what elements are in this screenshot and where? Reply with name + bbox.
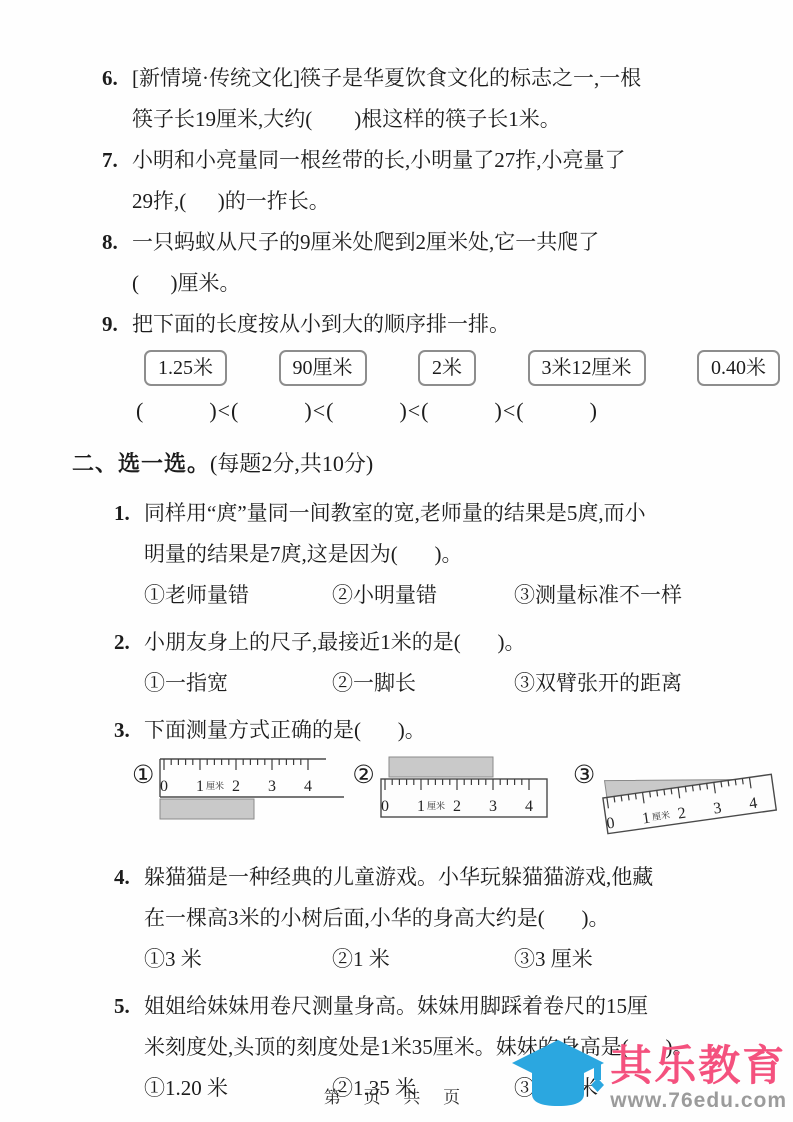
option-3: ③3 厘米 (514, 939, 593, 980)
ruler-diagram-1: ① 0 1 厘米 2 3 4 (130, 753, 350, 827)
ruler-diagrams: ① 0 1 厘米 2 3 4 (130, 753, 726, 847)
length-box: 90厘米 (279, 350, 367, 386)
option-1: ①一指宽 (144, 663, 332, 704)
ruler-1-ticks (164, 759, 308, 770)
question-9: 9. 把下面的长度按从小到大的顺序排一排。 1.25米 90厘米 2米 3米12… (102, 304, 726, 433)
choice-2-options: ①一指宽 ②一脚长 ③双臂张开的距离 (144, 663, 726, 704)
choice-1-line-2: 明量的结果是7庹,这是因为( )。 (144, 534, 726, 575)
question-9-line-1: 把下面的长度按从小到大的顺序排一排。 (132, 304, 726, 345)
option-3: ③测量标准不一样 (514, 575, 682, 616)
publisher-logo: 其乐教育 www.76edu.com (508, 1038, 787, 1118)
svg-text:1: 1 (196, 778, 204, 795)
section-2-title-bold: 二、选一选。 (72, 451, 210, 476)
ruler-diagram-3: ③ 0 1 厘米 2 3 (571, 753, 793, 847)
question-number: 4. (114, 857, 144, 898)
fill-in-questions: 6. [新情境·传统文化]筷子是华夏饮食文化的标志之一,一根 筷子长19厘米,大… (102, 58, 726, 433)
svg-text:4: 4 (304, 778, 312, 795)
measured-object-bar (160, 799, 254, 819)
choice-4-options: ①3 米 ②1 米 ③3 厘米 (144, 939, 726, 980)
choice-4-line-2: 在一棵高3米的小树后面,小华的身高大约是( )。 (144, 898, 726, 939)
svg-text:厘米: 厘米 (206, 780, 224, 791)
section-2-title: 二、选一选。(每题2分,共10分) (72, 441, 726, 487)
question-number: 9. (102, 304, 132, 345)
question-7: 7. 小明和小亮量同一根丝带的长,小明量了27拃,小亮量了 29拃,( )的一拃… (102, 140, 726, 222)
question-8-line-1: 一只蚂蚁从尺子的9厘米处爬到2厘米处,它一共爬了 (132, 222, 726, 263)
length-box: 2米 (418, 350, 476, 386)
question-number: 7. (102, 140, 132, 181)
svg-text:2: 2 (453, 798, 461, 815)
question-number: 2. (114, 622, 144, 663)
worksheet-content: 6. [新情境·传统文化]筷子是华夏饮食文化的标志之一,一根 筷子长19厘米,大… (72, 58, 726, 1109)
question-7-line-1: 小明和小亮量同一根丝带的长,小明量了27拃,小亮量了 (132, 140, 726, 181)
choice-2-line-1: 小朋友身上的尺子,最接近1米的是( )。 (144, 622, 726, 663)
graduation-cap-icon (508, 1038, 608, 1118)
diagram-label-3: ③ (573, 759, 595, 793)
section-2-title-note: (每题2分,共10分) (210, 451, 373, 476)
length-box: 1.25米 (144, 350, 227, 386)
length-box: 3米12厘米 (528, 350, 646, 386)
diagram-label-2: ② (352, 759, 374, 793)
choice-question-1: 1. 同样用“庹”量同一间教室的宽,老师量的结果是5庹,而小 明量的结果是7庹,… (114, 493, 726, 616)
svg-text:2: 2 (232, 778, 240, 795)
svg-text:0: 0 (160, 778, 168, 795)
ruler-3-graphic: 0 1 厘米 2 3 4 (595, 753, 793, 847)
diagram-label-1: ① (132, 759, 154, 793)
ordering-blanks: ( )<( )<( )<( )<( ) (136, 389, 726, 433)
brand-name: 其乐教育 (610, 1043, 786, 1089)
svg-text:3: 3 (268, 778, 276, 795)
question-number: 5. (114, 986, 144, 1027)
option-3: ③双臂张开的距离 (514, 663, 682, 704)
choice-questions: 1. 同样用“庹”量同一间教室的宽,老师量的结果是5庹,而小 明量的结果是7庹,… (114, 493, 726, 1109)
question-6: 6. [新情境·传统文化]筷子是华夏饮食文化的标志之一,一根 筷子长19厘米,大… (102, 58, 726, 140)
question-7-line-2: 29拃,( )的一拃长。 (132, 181, 726, 222)
length-value-boxes: 1.25米 90厘米 2米 3米12厘米 0.40米 (144, 350, 780, 386)
choice-question-4: 4. 躲猫猫是一种经典的儿童游戏。小华玩躲猫猫游戏,他藏 在一棵高3米的小树后面… (114, 857, 726, 980)
question-6-line-1: [新情境·传统文化]筷子是华夏饮食文化的标志之一,一根 (132, 58, 726, 99)
svg-text:0: 0 (381, 798, 389, 815)
question-8-line-2: ( )厘米。 (132, 263, 726, 304)
svg-text:1: 1 (417, 798, 425, 815)
measured-object-bar (389, 757, 493, 777)
brand-url: www.76edu.com (610, 1089, 787, 1113)
question-number: 1. (114, 493, 144, 534)
question-6-line-2: 筷子长19厘米,大约( )根这样的筷子长1米。 (132, 99, 726, 140)
choice-5-line-1: 姐姐给妹妹用卷尺测量身高。妹妹用脚踩着卷尺的15厘 (144, 986, 726, 1027)
choice-1-line-1: 同样用“庹”量同一间教室的宽,老师量的结果是5庹,而小 (144, 493, 726, 534)
question-number: 3. (114, 710, 144, 751)
option-2: ②1 米 (332, 939, 514, 980)
length-box: 0.40米 (697, 350, 780, 386)
question-number: 6. (102, 58, 132, 99)
question-number: 8. (102, 222, 132, 263)
option-2: ②小明量错 (332, 575, 514, 616)
worksheet-page: 6. [新情境·传统文化]筷子是华夏饮食文化的标志之一,一根 筷子长19厘米,大… (0, 0, 793, 1122)
question-8: 8. 一只蚂蚁从尺子的9厘米处爬到2厘米处,它一共爬了 ( )厘米。 (102, 222, 726, 304)
choice-question-2: 2. 小朋友身上的尺子,最接近1米的是( )。 ①一指宽 ②一脚长 ③双臂张开的… (114, 622, 726, 704)
option-1: ①3 米 (144, 939, 332, 980)
option-1: ①老师量错 (144, 575, 332, 616)
ruler-diagram-2: ② 0 1 厘米 2 3 4 (350, 753, 570, 833)
svg-text:厘米: 厘米 (427, 800, 445, 811)
svg-text:3: 3 (489, 798, 497, 815)
choice-1-options: ①老师量错 ②小明量错 ③测量标准不一样 (144, 575, 726, 616)
svg-text:4: 4 (525, 798, 533, 815)
ruler-1-graphic: 0 1 厘米 2 3 4 (154, 753, 350, 827)
option-2: ②一脚长 (332, 663, 514, 704)
choice-question-3: 3. 下面测量方式正确的是( )。 ① 0 1 (114, 710, 726, 851)
choice-4-line-1: 躲猫猫是一种经典的儿童游戏。小华玩躲猫猫游戏,他藏 (144, 857, 726, 898)
choice-3-line-1: 下面测量方式正确的是( )。 (144, 710, 726, 751)
ruler-2-graphic: 0 1 厘米 2 3 4 (375, 753, 571, 833)
